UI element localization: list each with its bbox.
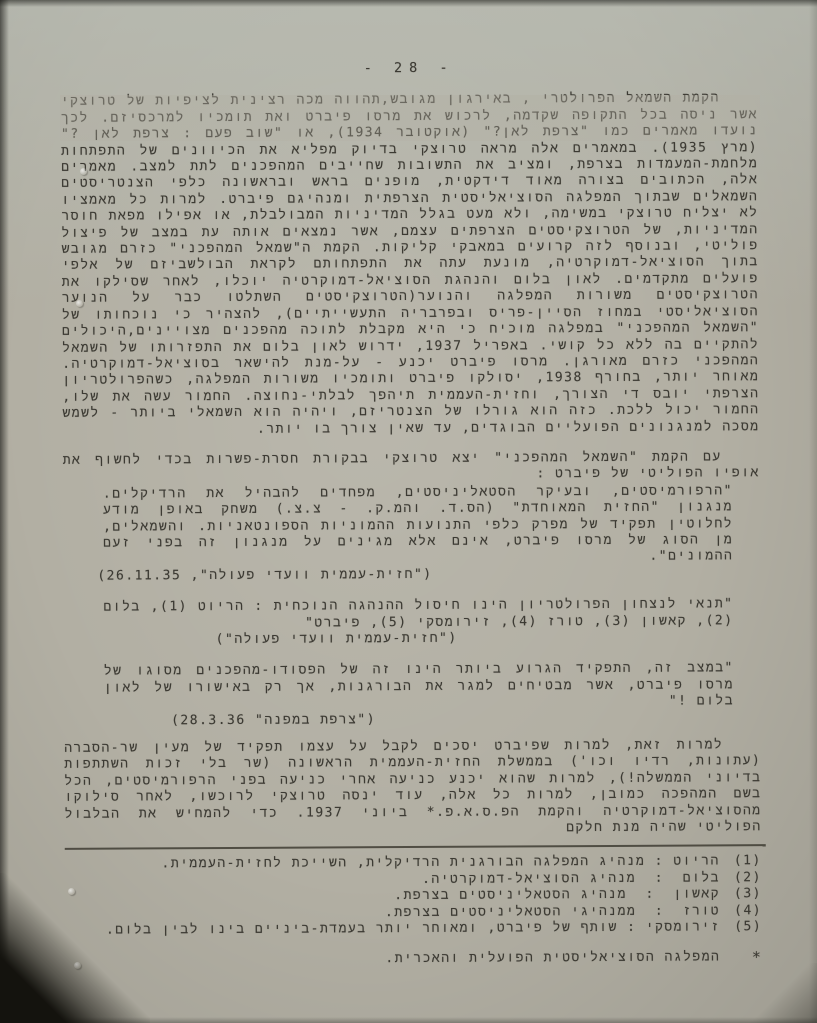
quote-block-2: "תנאי לנצחון הפרולטריון הינו חיסול ההנהג… xyxy=(103,597,733,633)
paragraph-2-intro: עם הקמת "השמאל המהפכני" יצא טרוצקי בבקור… xyxy=(63,449,760,485)
footnote-marker: (1) xyxy=(720,854,762,871)
footnote-marker: (5) xyxy=(720,919,762,936)
document-page: - 28 - הקמת השמאל הפרולטרי , באירגון מגו… xyxy=(0,0,817,1023)
footnote-marker: (4) xyxy=(720,903,762,920)
paragraph-3: למרות זאת, למרות שפיברט יסכים לקבל על עצ… xyxy=(64,737,762,839)
footnote-marker: (2) xyxy=(720,870,762,887)
paper-speck xyxy=(80,168,87,175)
paragraph-1: הקמת השמאל הפרולטרי , באירגון מגובש,תהוו… xyxy=(61,91,760,439)
footnote-text: זירומסקי : שותף של פיברט, ומאוחר יותר בע… xyxy=(65,919,720,939)
paper-speck xyxy=(76,300,83,307)
footnote-divider xyxy=(65,845,766,851)
page-number: - 28 - xyxy=(61,58,758,78)
asterisk-footnote: * המפלגה הסוציאליסטית הפועלית והאכרית. xyxy=(65,949,762,969)
quote-block-1: "הרפורמיסטים, ובעיקר הסטאליניסטים, מפחדי… xyxy=(103,483,733,568)
scan-corner-shadow-right xyxy=(727,963,817,1023)
footnote-marker: (3) xyxy=(720,886,762,903)
footnote-item-5: (5) זירומסקי : שותף של פיברט, ומאוחר יות… xyxy=(65,919,762,939)
page-text-column: - 28 - הקמת השמאל הפרולטרי , באירגון מגו… xyxy=(61,58,763,969)
quote-block-3: "במצב זה, התפקיד הגרוע ביותר הינו זה של … xyxy=(104,661,734,714)
scan-corner-shadow xyxy=(0,873,150,1023)
asterisk-footnote-text: המפלגה הסוציאליסטית הפועלית והאכרית. xyxy=(65,949,720,969)
